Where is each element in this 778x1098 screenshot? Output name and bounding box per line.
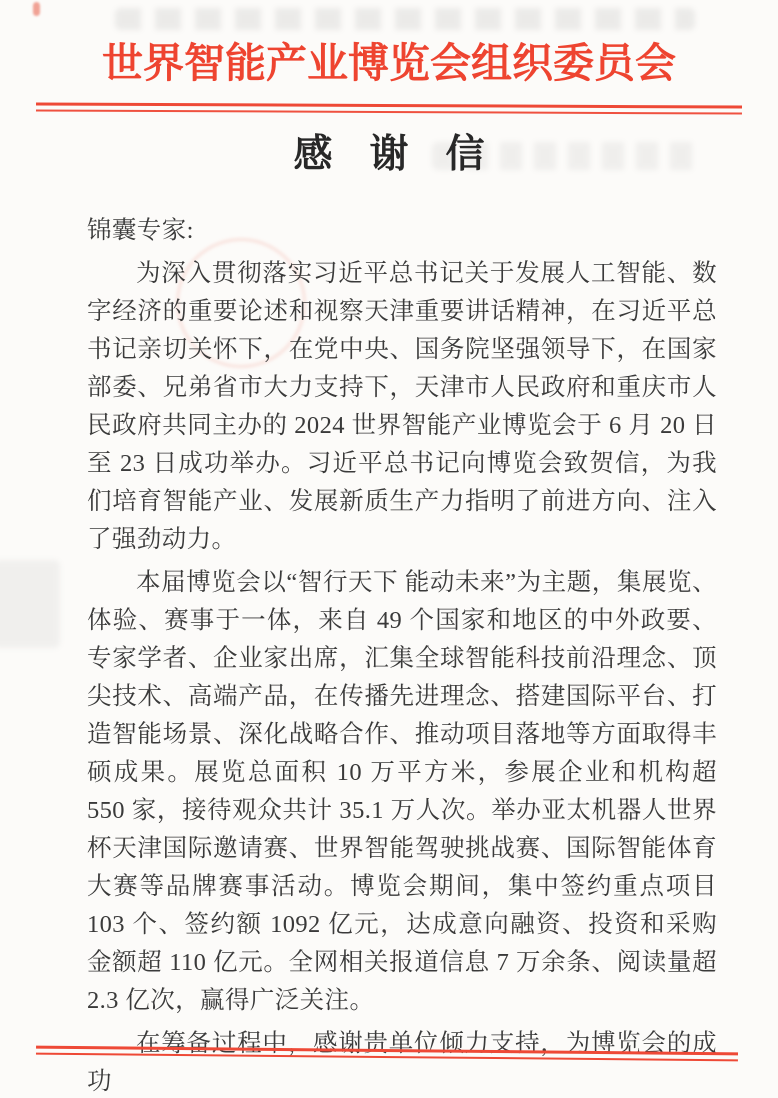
bleedthrough-smudge-left-edge <box>0 560 60 648</box>
bleedthrough-smudge-top <box>115 8 695 30</box>
paragraph-3: 在筹备过程中，感谢贵单位倾力支持，为博览会的成功 <box>87 1025 717 1098</box>
red-scan-mark <box>33 2 40 16</box>
letter-page: 世界智能产业博览会组织委员会 感谢信 锦囊专家: 为深入贯彻落实习近平总书记关于… <box>0 0 778 1098</box>
letter-title: 感谢信 <box>0 133 778 178</box>
letterhead-org-title: 世界智能产业博览会组织委员会 <box>0 40 778 87</box>
paragraph-1: 为深入贯彻落实习近平总书记关于发展人工智能、数字经济的重要论述和视察天津重要讲话… <box>87 255 717 559</box>
letterhead-double-rule <box>36 102 742 114</box>
salutation: 锦囊专家: <box>87 212 717 250</box>
paragraph-2: 本届博览会以“智行天下 能动未来”为主题，集展览、体验、赛事于一体，来自 49 … <box>87 564 717 1020</box>
letter-body: 锦囊专家: 为深入贯彻落实习近平总书记关于发展人工智能、数字经济的重要论述和视察… <box>87 212 717 1098</box>
